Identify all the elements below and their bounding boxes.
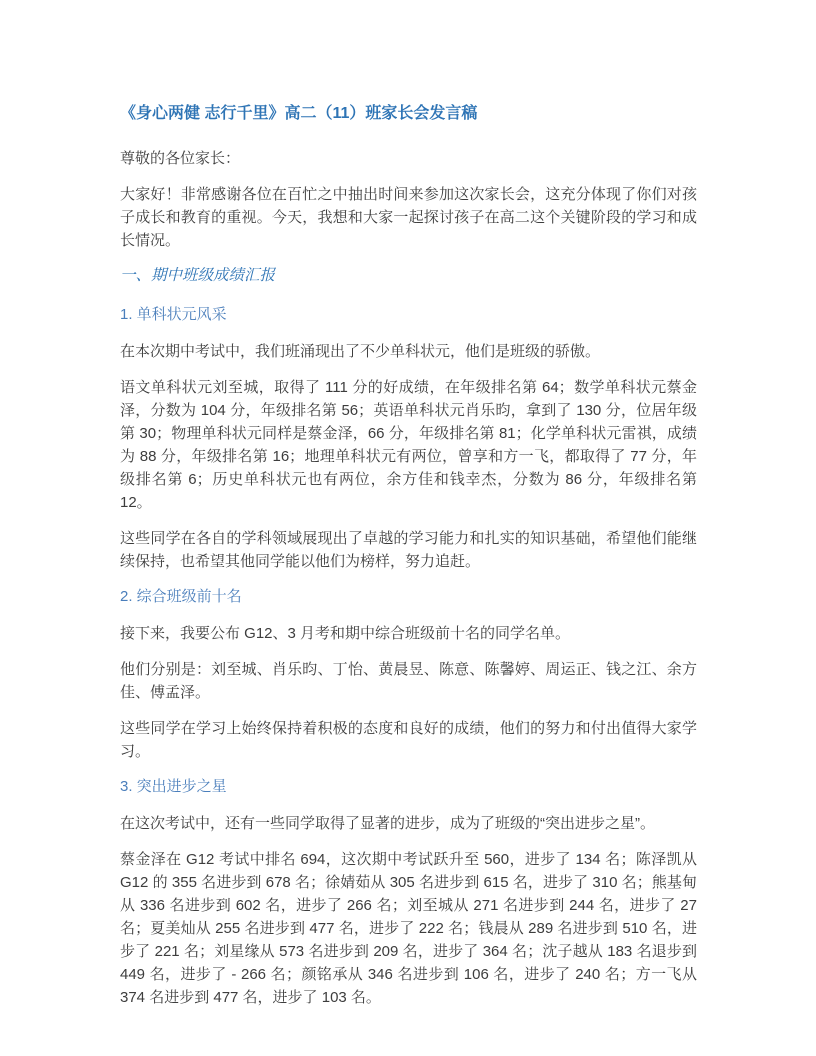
document-page: 《身心两健 志行千里》高二（11）班家长会发言稿 尊敬的各位家长： 大家好！非常… <box>0 0 816 1056</box>
subsection-1-paragraph-1: 在本次期中考试中，我们班涌现出了不少单科状元，他们是班级的骄傲。 <box>120 340 697 363</box>
document-title: 《身心两健 志行千里》高二（11）班家长会发言稿 <box>120 103 697 125</box>
subsection-1-paragraph-2: 语文单科状元刘至城，取得了 111 分的好成绩，在年级排名第 64；数学单科状元… <box>120 376 697 514</box>
subsection-2-paragraph-2: 他们分别是：刘至城、肖乐昀、丁怡、黄晨昱、陈意、陈馨婷、周运正、钱之江、余方佳、… <box>120 658 697 704</box>
section-1-heading: 一、期中班级成绩汇报 <box>120 265 697 287</box>
subsection-3-paragraph-1: 在这次考试中，还有一些同学取得了显著的进步，成为了班级的“突出进步之星”。 <box>120 812 697 835</box>
subsection-1-heading: 1. 单科状元风采 <box>120 304 697 325</box>
subsection-2-paragraph-3: 这些同学在学习上始终保持着积极的态度和良好的成绩，他们的努力和付出值得大家学习。 <box>120 717 697 763</box>
subsection-3-paragraph-2: 蔡金泽在 G12 考试中排名 694，这次期中考试跃升至 560，进步了 134… <box>120 848 697 1009</box>
subsection-3-heading: 3. 突出进步之星 <box>120 776 697 797</box>
salutation-line: 尊敬的各位家长： <box>120 147 697 170</box>
subsection-2-paragraph-1: 接下来，我要公布 G12、3 月考和期中综合班级前十名的同学名单。 <box>120 622 697 645</box>
intro-paragraph: 大家好！非常感谢各位在百忙之中抽出时间来参加这次家长会，这充分体现了你们对孩子成… <box>120 183 697 252</box>
subsection-1-paragraph-3: 这些同学在各自的学科领域展现出了卓越的学习能力和扎实的知识基础，希望他们能继续保… <box>120 527 697 573</box>
subsection-2-heading: 2. 综合班级前十名 <box>120 586 697 607</box>
